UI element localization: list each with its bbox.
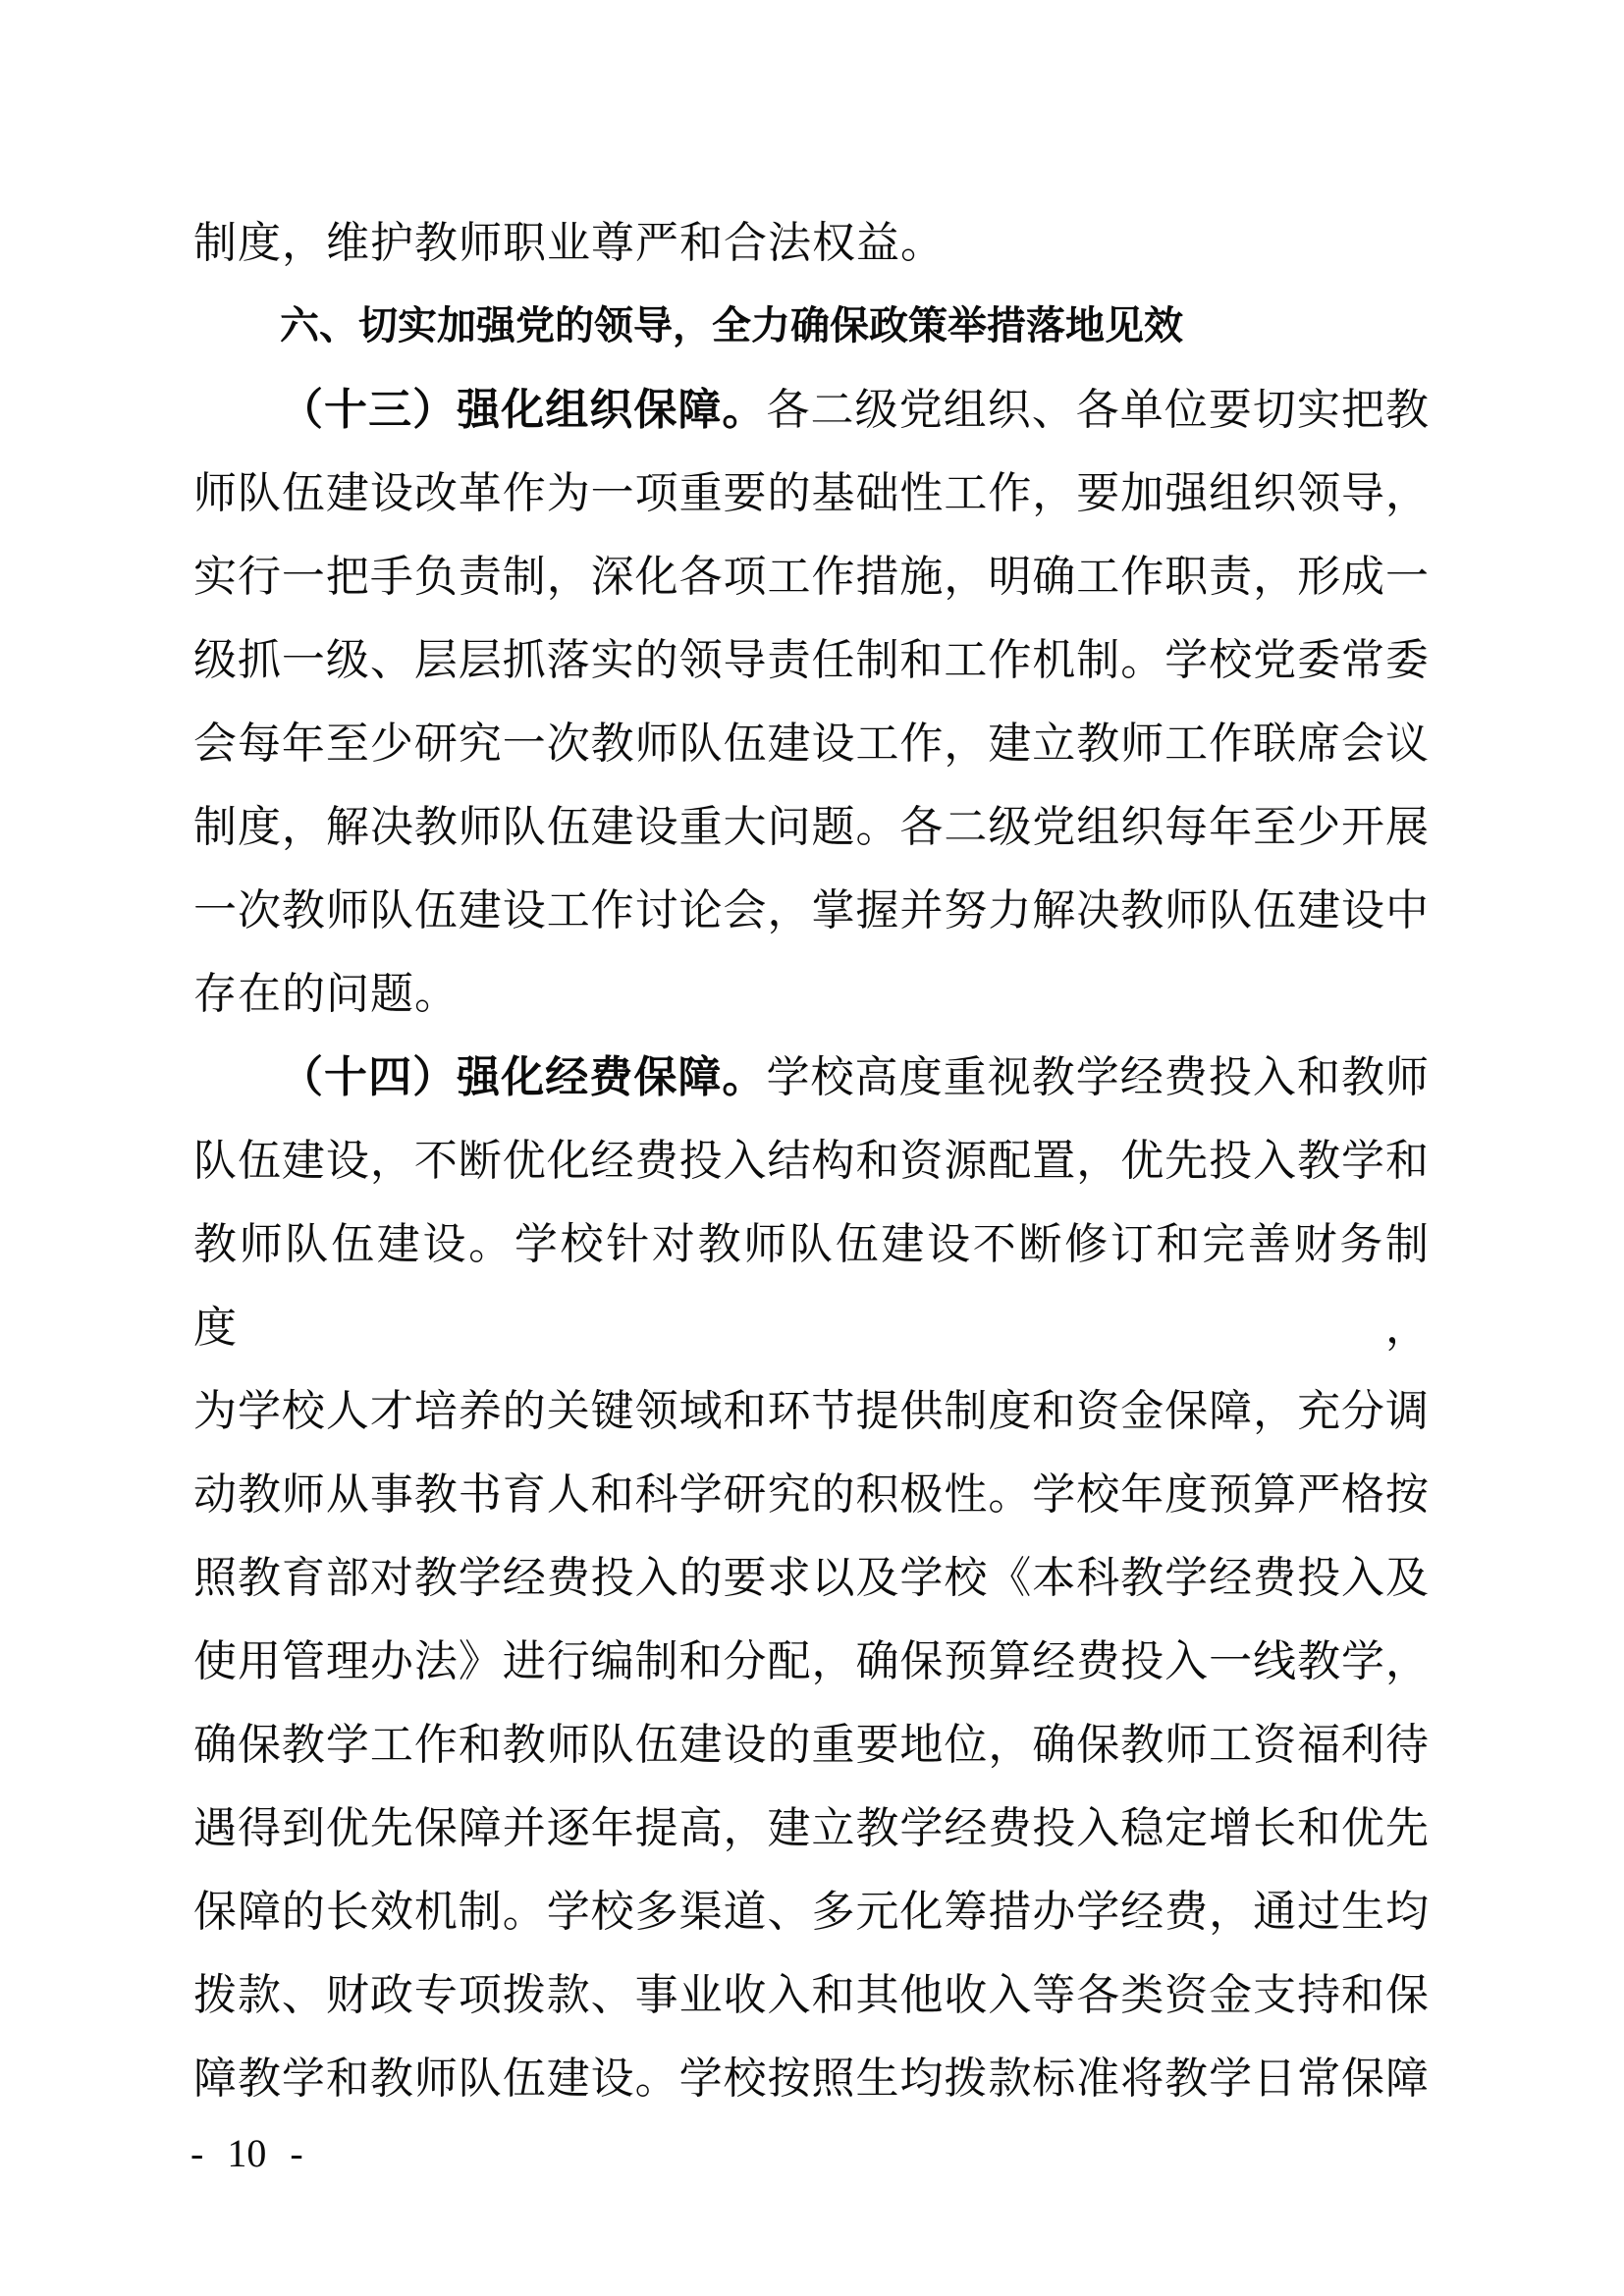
document-body: 制度，维护教师职业尊严和合法权益。六、切实加强党的领导，全力确保政策举措落地见效… [193,201,1429,2120]
text-line: 照教育部对教学经费投入的要求以及学校《本科教学经费投入及 [193,1536,1429,1620]
paragraph-continuation: 制度，维护教师职业尊严和合法权益。 [193,201,1429,285]
paragraph-text: 制度，解决教师队伍建设重大问题。各二级党组织每年至少开展 [193,803,1429,851]
paragraph-text: 存在的问题。 [193,970,459,1018]
paragraph-text: 会每年至少研究一次教师队伍建设工作，建立教师工作联席会议 [193,720,1429,768]
paragraph-text: 保障的长效机制。学校多渠道、多元化筹措办学经费，通过生均 [193,1888,1429,1936]
paragraph-lead-text: （十三）强化组织保障。 [280,386,766,434]
paragraph-text: 使用管理办法》进行编制和分配，确保预算经费投入一线教学， [193,1637,1429,1685]
text-line: 存在的问题。 [193,952,1429,1036]
paragraph-text: 确保教学工作和教师队伍建设的重要地位，确保教师工资福利待 [193,1721,1429,1769]
text-line: 教师队伍建设。学校针对教师队伍建设不断修订和完善财务制度， [193,1202,1429,1369]
text-line: 动教师从事教书育人和科学研究的积极性。学校年度预算严格按 [193,1453,1429,1536]
paragraph-text: 动教师从事教书育人和科学研究的积极性。学校年度预算严格按 [193,1470,1429,1519]
paragraph-text: 队伍建设，不断优化经费投入结构和资源配置，优先投入教学和 [193,1137,1429,1185]
text-line: 遇得到优先保障并逐年提高，建立教学经费投入稳定增长和优先 [193,1787,1429,1870]
text-line: 制度，解决教师队伍建设重大问题。各二级党组织每年至少开展 [193,785,1429,869]
paragraph-13: （十三）强化组织保障。各二级党组织、各单位要切实把教师队伍建设改革作为一项重要的… [193,368,1429,1036]
document-page: 制度，维护教师职业尊严和合法权益。六、切实加强党的领导，全力确保政策举措落地见效… [0,0,1624,2296]
text-line: 确保教学工作和教师队伍建设的重要地位，确保教师工资福利待 [193,1703,1429,1787]
paragraph-text: 照教育部对教学经费投入的要求以及学校《本科教学经费投入及 [193,1554,1429,1602]
paragraph-text: 一次教师队伍建设工作讨论会，掌握并努力解决教师队伍建设中 [193,886,1429,934]
paragraph-text: 实行一把手负责制，深化各项工作措施，明确工作职责，形成一 [193,553,1429,601]
text-line: 为学校人才培养的关键领域和环节提供制度和资金保障，充分调 [193,1369,1429,1453]
paragraph-text: 障教学和教师队伍建设。学校按照生均拨款标准将教学日常保障 [193,2055,1429,2103]
text-line: 师队伍建设改革作为一项重要的基础性工作，要加强组织领导， [193,452,1429,535]
paragraph-text: 级抓一级、层层抓落实的领导责任制和工作机制。学校党委常委 [193,636,1429,684]
paragraph-text: 教师队伍建设。学校针对教师队伍建设不断修订和完善财务制度， [193,1220,1429,1352]
paragraph-text: 师队伍建设改革作为一项重要的基础性工作，要加强组织领导， [193,469,1429,517]
text-line: 障教学和教师队伍建设。学校按照生均拨款标准将教学日常保障 [193,2037,1429,2120]
paragraph-text: 各二级党组织、各单位要切实把教 [766,386,1429,434]
section-heading: 六、切实加强党的领导，全力确保政策举措落地见效 [193,285,1429,368]
text-line: 一次教师队伍建设工作讨论会，掌握并努力解决教师队伍建设中 [193,869,1429,952]
text-line: 级抓一级、层层抓落实的领导责任制和工作机制。学校党委常委 [193,618,1429,702]
text-line: 实行一把手负责制，深化各项工作措施，明确工作职责，形成一 [193,535,1429,618]
paragraph-text: 为学校人才培养的关键领域和环节提供制度和资金保障，充分调 [193,1387,1429,1435]
paragraph-text: 学校高度重视教学经费投入和教师 [766,1053,1429,1101]
paragraph-text: 遇得到优先保障并逐年提高，建立教学经费投入稳定增长和优先 [193,1804,1429,1852]
text-line: 使用管理办法》进行编制和分配，确保预算经费投入一线教学， [193,1620,1429,1703]
text-line: 六、切实加强党的领导，全力确保政策举措落地见效 [193,285,1429,368]
paragraph-14: （十四）强化经费保障。学校高度重视教学经费投入和教师队伍建设，不断优化经费投入结… [193,1036,1429,2120]
text-line: 制度，维护教师职业尊严和合法权益。 [193,201,1429,285]
page-number: - 10 - [190,2132,303,2175]
text-line: （十三）强化组织保障。各二级党组织、各单位要切实把教 [193,368,1429,452]
paragraph-text: 制度，维护教师职业尊严和合法权益。 [193,219,945,267]
text-line: 保障的长效机制。学校多渠道、多元化筹措办学经费，通过生均 [193,1870,1429,1953]
paragraph-text: 拨款、财政专项拨款、事业收入和其他收入等各类资金支持和保 [193,1971,1429,2019]
paragraph-lead-text: （十四）强化经费保障。 [280,1053,766,1101]
text-line: 拨款、财政专项拨款、事业收入和其他收入等各类资金支持和保 [193,1953,1429,2037]
text-line: （十四）强化经费保障。学校高度重视教学经费投入和教师 [193,1036,1429,1119]
text-line: 会每年至少研究一次教师队伍建设工作，建立教师工作联席会议 [193,702,1429,785]
text-line: 队伍建设，不断优化经费投入结构和资源配置，优先投入教学和 [193,1119,1429,1202]
paragraph-lead-text: 六、切实加强党的领导，全力确保政策举措落地见效 [280,304,1183,347]
